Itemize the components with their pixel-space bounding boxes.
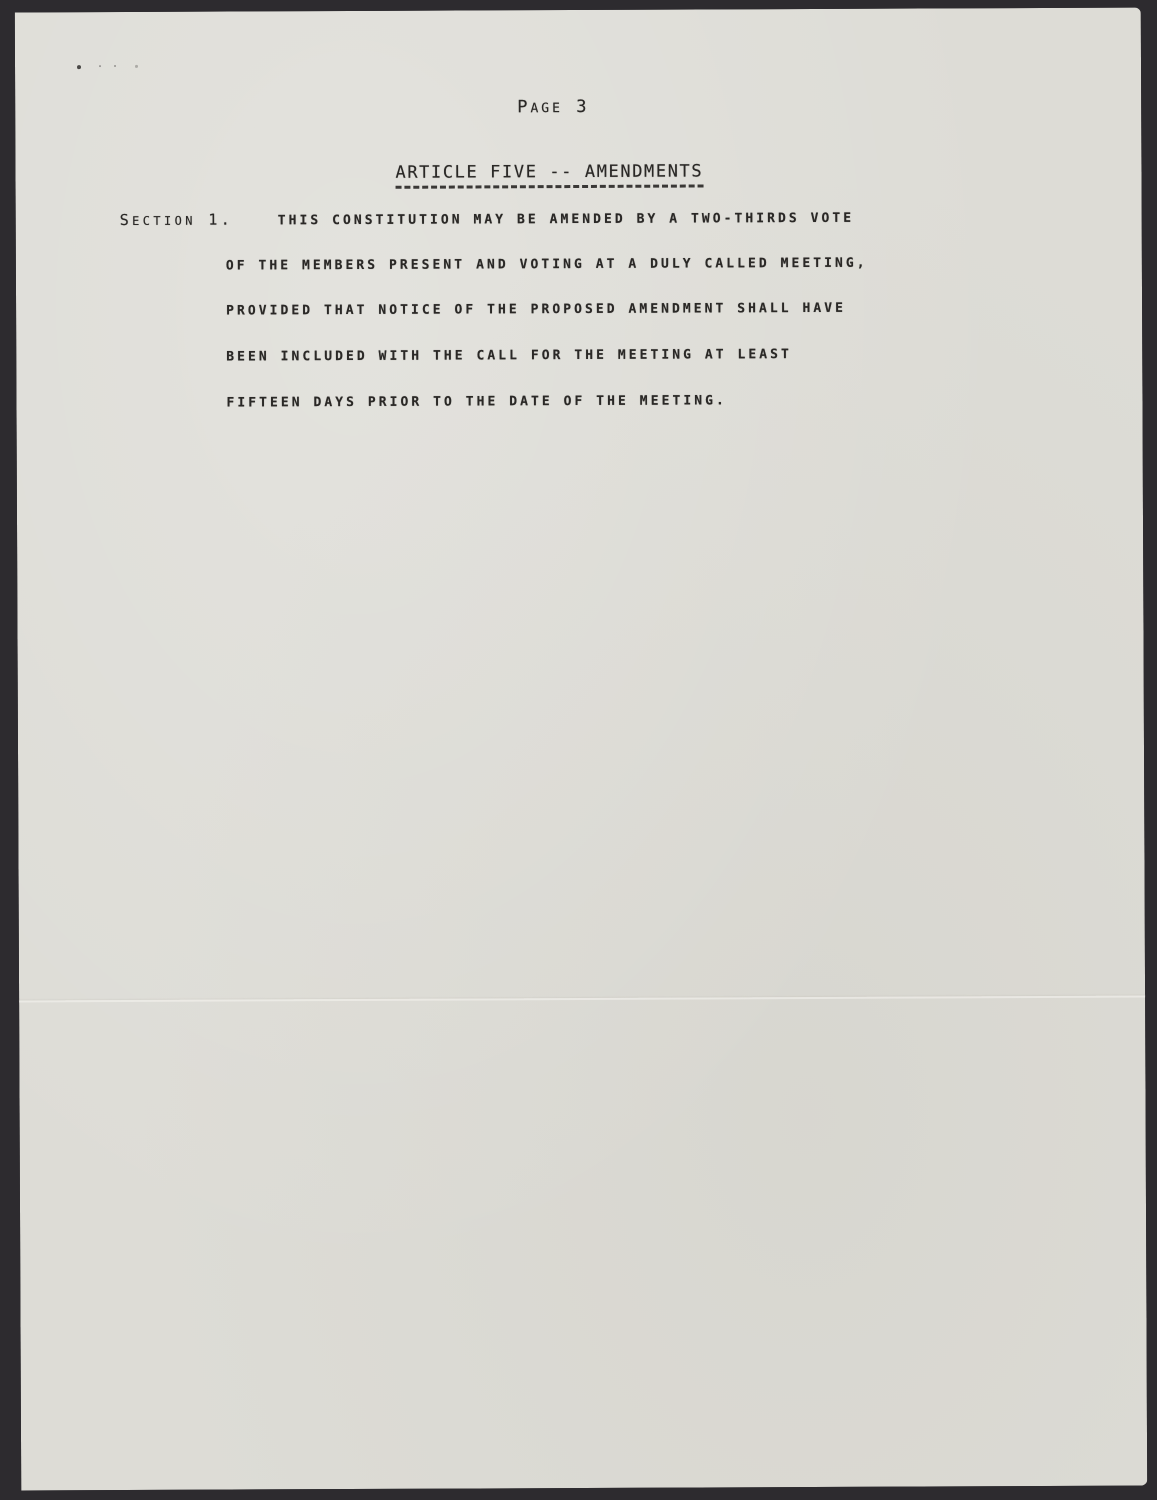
page-label-initial: P — [517, 97, 530, 117]
paper-fold-line — [19, 996, 1145, 1003]
section-label-rest: ECTION — [132, 214, 196, 228]
section-number: 1. — [208, 211, 233, 229]
section-label: SECTION 1. — [120, 211, 234, 229]
article-title: ARTICLE FIVE -- AMENDMENTS — [395, 161, 703, 188]
punch-mark — [99, 65, 101, 67]
section-label-initial: S — [120, 211, 133, 229]
page-label-rest: AGE — [530, 101, 563, 116]
document-page: PAGE 3 ARTICLE FIVE -- AMENDMENTS SECTIO… — [15, 8, 1147, 1491]
section-text-line: FIFTEEN DAYS PRIOR TO THE DATE OF THE ME… — [226, 393, 726, 410]
page-label-number: 3 — [576, 97, 589, 117]
punch-mark — [135, 65, 138, 68]
section-text-line: PROVIDED THAT NOTICE OF THE PROPOSED AME… — [226, 301, 846, 319]
punch-mark — [77, 65, 81, 69]
section-text-line: THIS CONSTITUTION MAY BE AMENDED BY A TW… — [278, 211, 855, 229]
page-number: PAGE 3 — [517, 97, 589, 117]
punch-marks — [55, 63, 145, 71]
section-text-line: OF THE MEMBERS PRESENT AND VOTING AT A D… — [226, 256, 868, 274]
punch-mark — [114, 65, 116, 67]
section-text-line: BEEN INCLUDED WITH THE CALL FOR THE MEET… — [226, 347, 792, 364]
